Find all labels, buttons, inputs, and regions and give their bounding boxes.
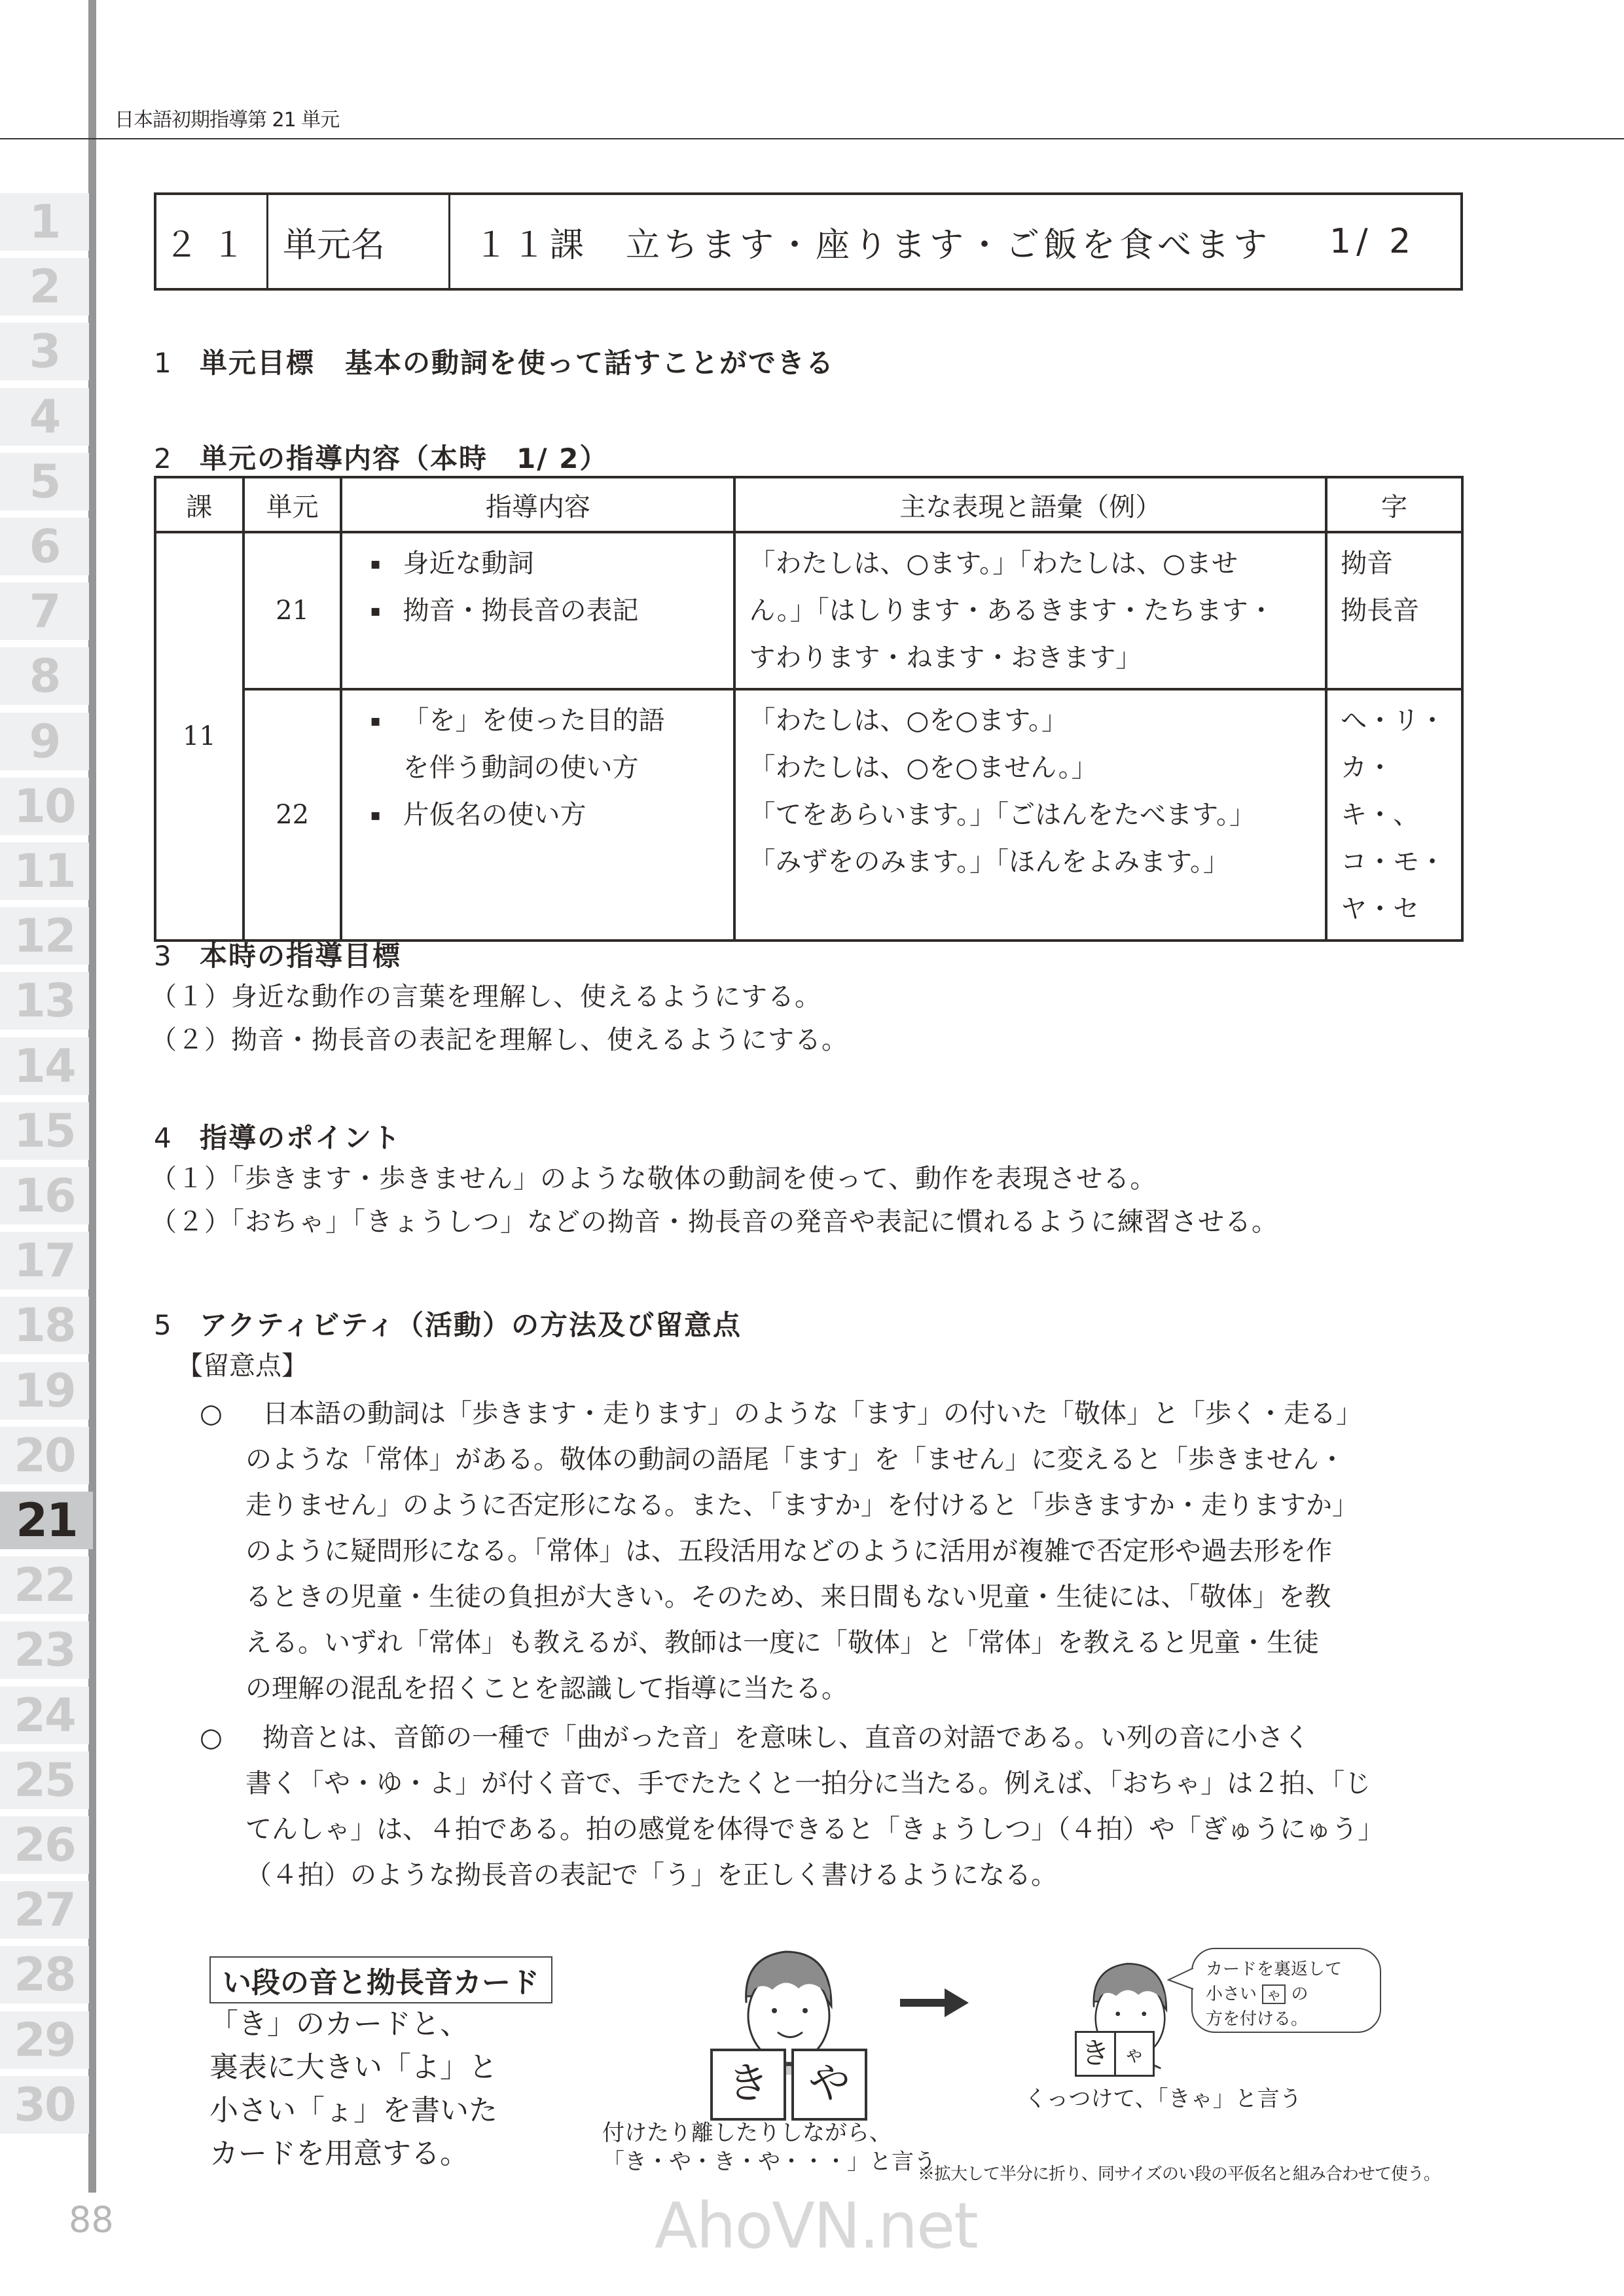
unit-tab-18[interactable]: 18: [0, 1297, 89, 1354]
right-arrow-icon: [900, 1983, 972, 2022]
unit-tab-21[interactable]: 21: [0, 1492, 93, 1549]
characters-cell: へ・リ・ カ・キ・、 コ・モ・ ヤ・セ: [1326, 689, 1462, 941]
unit-tab-13[interactable]: 13: [0, 972, 89, 1030]
content-cell: 「を」を使った目的語 を伴う動詞の使い方 片仮名の使い方: [341, 689, 734, 941]
unit-tab-15[interactable]: 15: [0, 1102, 89, 1160]
unit-tab-28[interactable]: 28: [0, 1946, 89, 2003]
unit-tab-5[interactable]: 5: [0, 453, 89, 511]
section-4-heading: 4指導のポイント: [154, 1117, 401, 1156]
unit-tab-19[interactable]: 19: [0, 1362, 89, 1420]
section-1-heading: 1単元目標基本の動詞を使って話すことができる: [154, 342, 835, 381]
unit-tab-7[interactable]: 7: [0, 583, 89, 640]
card-pair-joined: き ゃ: [1075, 2031, 1155, 2077]
unit-title: １１課 立ちます・座ります・ご飯を食べます: [450, 195, 1329, 288]
unit-content-table: 課 単元 指導内容 主な表現と語彙（例） 字 11 21 身近な動詞 拗音・拗長…: [154, 476, 1464, 942]
goal-item: （１）身近な動作の言葉を理解し、使えるようにする。: [151, 975, 848, 1018]
table-row: 11 21 身近な動詞 拗音・拗長音の表記 「わたしは、○ます。」「わたしは、○…: [155, 532, 1462, 689]
unit-tab-25[interactable]: 25: [0, 1751, 89, 1809]
page-number: 88: [69, 2199, 114, 2240]
note-item: ○ 拗音とは、音節の一種で「曲がった音」を意味し、直音の対語である。い列の音に小…: [200, 1715, 1483, 1898]
unit-tab-10[interactable]: 10: [0, 778, 89, 835]
unit-tab-22[interactable]: 22: [0, 1556, 89, 1614]
session-indicator: 1/ 2: [1329, 195, 1460, 288]
card-ya: や: [791, 2049, 867, 2121]
unit-title-box: ２１ 単元名 １１課 立ちます・座ります・ご飯を食べます 1/ 2: [154, 192, 1463, 291]
section-2-heading: 2単元の指導内容（本時 1/ 2）: [154, 437, 608, 476]
speech-bubble-tail: [1167, 1967, 1195, 1993]
point-item: （１）「歩きます・歩きません」のような敬体の動詞を使って、動作を表現させる。: [151, 1157, 1278, 1200]
footnote: ※拡大して半分に折り、同サイズのい段の平仮名と組み合わせて使う。: [918, 2161, 1440, 2185]
card-activity-title: い段の音と拗長音カード: [209, 1956, 552, 2003]
unit-tab-16[interactable]: 16: [0, 1167, 89, 1225]
point-item: （２）「おちゃ」「きょうしつ」などの拗音・拗長音の発音や表記に慣れるように練習さ…: [151, 1200, 1278, 1244]
margin-bar: [88, 0, 96, 2193]
unit-goal-text: 基本の動詞を使って話すことができる: [345, 347, 835, 379]
unit-tab-29[interactable]: 29: [0, 2011, 89, 2069]
unit-name-label: 単元名: [268, 195, 450, 288]
unit-tab-1[interactable]: 1: [0, 193, 89, 251]
card-small-ya: ゃ: [1116, 2031, 1155, 2077]
circle-bullet-icon: ○: [200, 1391, 223, 1437]
unit-tab-17[interactable]: 17: [0, 1232, 89, 1289]
figure2-caption: くっつけて、「きゃ」と言う: [1024, 2085, 1302, 2113]
characters-cell: 拗音 拗長音: [1326, 532, 1462, 689]
lesson-goals: （１）身近な動作の言葉を理解し、使えるようにする。 （２）拗音・拗長音の表記を理…: [151, 975, 848, 1062]
lesson-cell: 11: [155, 532, 244, 941]
card-activity-description: 「き」のカードと、 裏表に大きい「よ」と 小さい「ょ」を書いた カードを用意する…: [209, 2003, 497, 2176]
note-item: ○ 日本語の動詞は「歩きます・走ります」のような「ます」の付いた「敬体」と「歩く…: [200, 1391, 1483, 1712]
section-5-heading: 5アクティビティ（活動）の方法及び留意点: [154, 1304, 742, 1343]
unit-tab-9[interactable]: 9: [0, 713, 89, 770]
teaching-points: （１）「歩きます・歩きません」のような敬体の動詞を使って、動作を表現させる。 （…: [151, 1157, 1278, 1244]
speech-bubble: カードを裏返して 小さい ゃ の 方を付ける。: [1191, 1948, 1381, 2033]
unit-tab-20[interactable]: 20: [0, 1427, 89, 1484]
unit-tab-27[interactable]: 27: [0, 1881, 89, 1939]
small-ya-box: ゃ: [1262, 1984, 1286, 2004]
running-header: 日本語初期指導第 21 単元: [115, 103, 339, 132]
expressions-cell: 「わたしは、○ます。」「わたしは、○ませ ん。」「はしります・あるきます・たちま…: [734, 532, 1326, 689]
unit-cell: 21: [244, 532, 342, 689]
header-rule: [0, 138, 1624, 139]
content-cell: 身近な動詞 拗音・拗長音の表記: [341, 532, 734, 689]
unit-tab-3[interactable]: 3: [0, 323, 89, 380]
card-pair-separated: き や: [710, 2049, 867, 2121]
unit-number: ２１: [156, 195, 268, 288]
unit-tab-14[interactable]: 14: [0, 1037, 89, 1095]
unit-tab-12[interactable]: 12: [0, 907, 89, 965]
circle-bullet-icon: ○: [200, 1715, 223, 1761]
table-header-row: 課 単元 指導内容 主な表現と語彙（例） 字: [155, 477, 1462, 532]
section-3-heading: 3本時の指導目標: [154, 935, 401, 974]
card-ki: き: [710, 2049, 786, 2121]
goal-item: （２）拗音・拗長音の表記を理解し、使えるようにする。: [151, 1018, 848, 1062]
notes-label: 【留意点】: [177, 1345, 308, 1382]
unit-tab-23[interactable]: 23: [0, 1621, 89, 1679]
card-ki: き: [1075, 2031, 1116, 2077]
table-row: 22 「を」を使った目的語 を伴う動詞の使い方 片仮名の使い方 「わたしは、○を…: [155, 689, 1462, 941]
unit-tab-8[interactable]: 8: [0, 647, 89, 705]
unit-tab-30[interactable]: 30: [0, 2076, 89, 2134]
figure1-caption: 付けたり離したりしながら、 「き・や・き・や・・・」と言う: [602, 2119, 936, 2176]
unit-tab-26[interactable]: 26: [0, 1816, 89, 1874]
expressions-cell: 「わたしは、○を○ます。」 「わたしは、○を○ません。」 「てをあらいます。」「…: [734, 689, 1326, 941]
watermark: AhoVN.net: [655, 2189, 977, 2263]
unit-tab-4[interactable]: 4: [0, 388, 89, 446]
unit-tab-2[interactable]: 2: [0, 258, 89, 315]
unit-tab-24[interactable]: 24: [0, 1687, 89, 1744]
unit-tab-6[interactable]: 6: [0, 518, 89, 575]
unit-cell: 22: [244, 689, 342, 941]
unit-tab-11[interactable]: 11: [0, 842, 89, 900]
